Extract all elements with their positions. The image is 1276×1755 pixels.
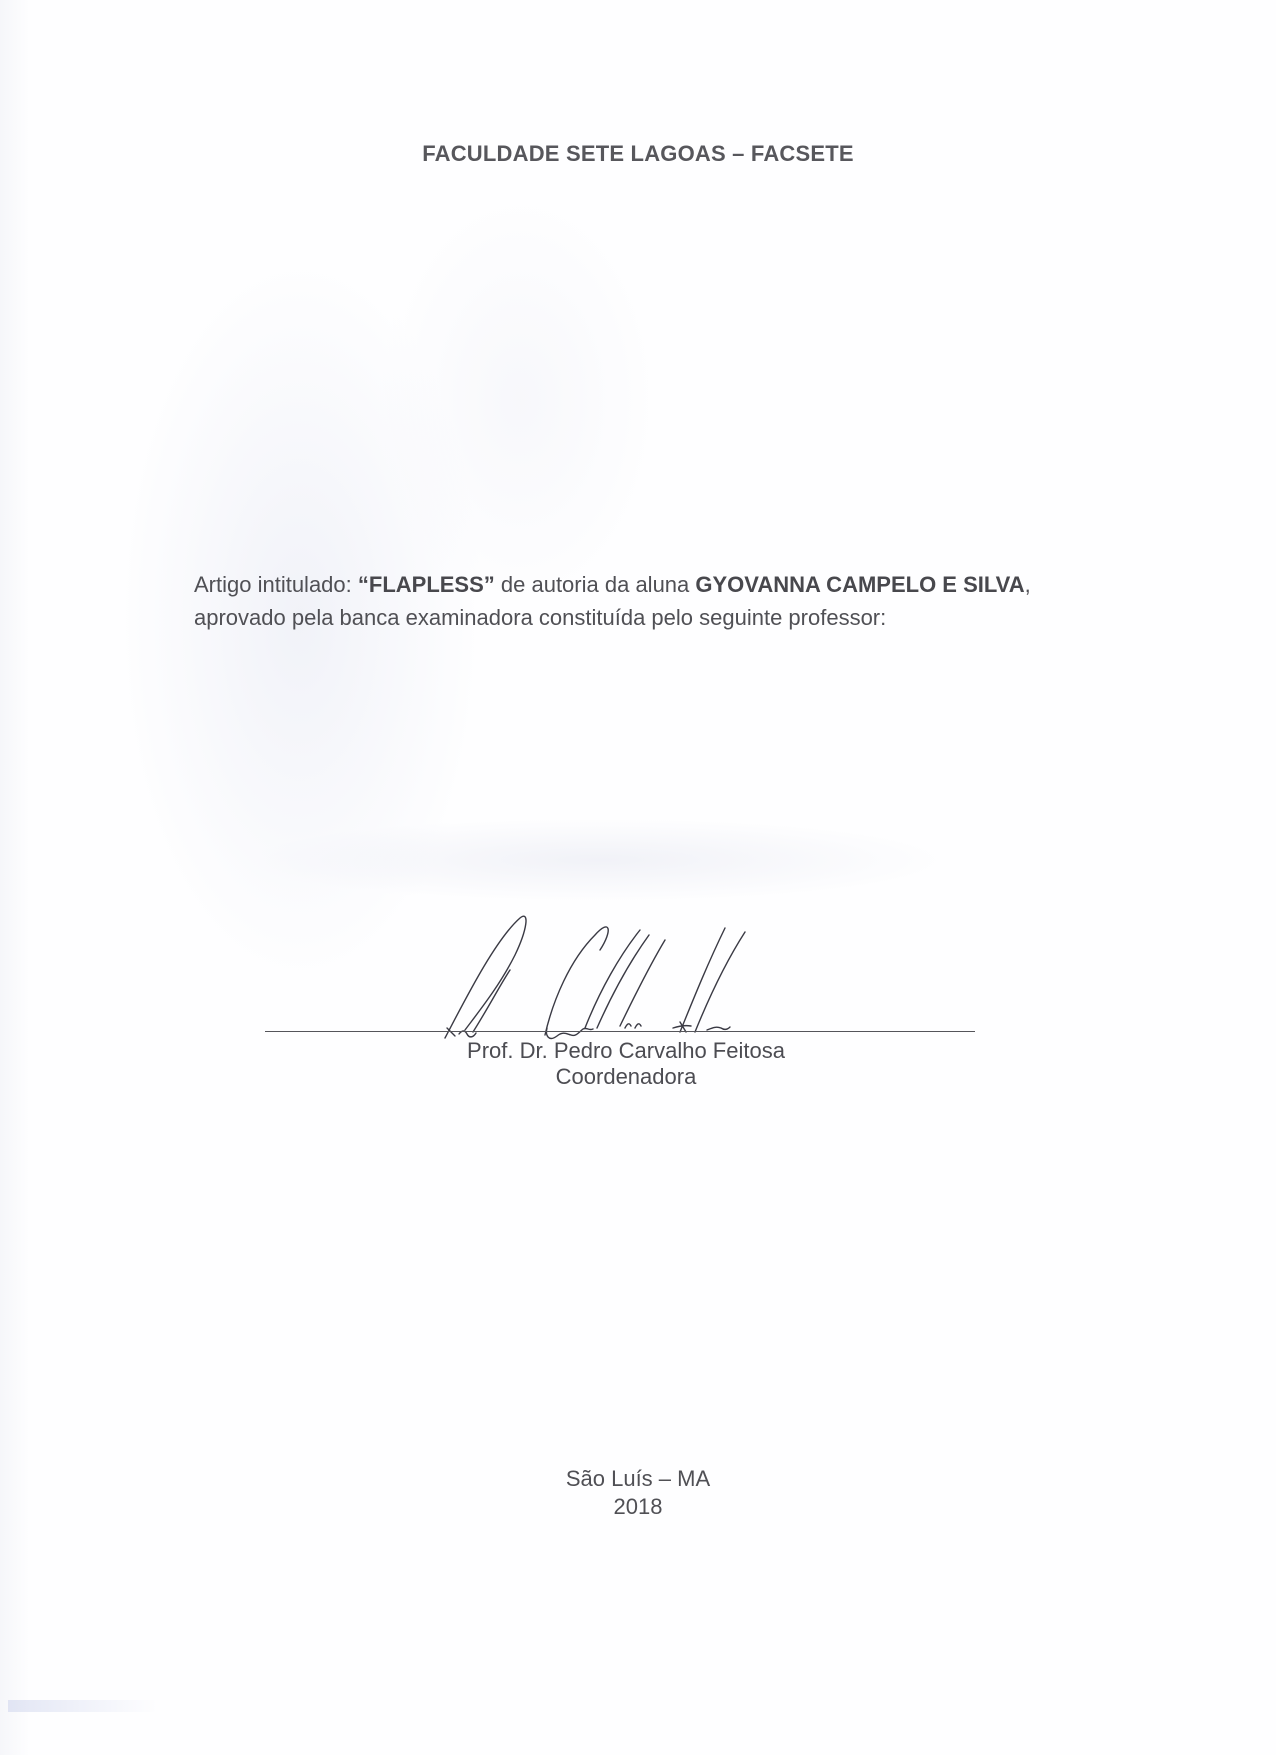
- author-name: GYOVANNA CAMPELO E SILVA: [695, 572, 1024, 597]
- signer-name: Prof. Dr. Pedro Carvalho Feitosa: [265, 1038, 977, 1064]
- approval-paragraph: Artigo intitulado: “FLAPLESS” de autoria…: [194, 568, 1094, 634]
- institution-title: FACULDADE SETE LAGOAS – FACSETE: [0, 141, 1276, 167]
- article-prefix: Artigo intitulado:: [194, 572, 358, 597]
- signer-role: Coordenadora: [265, 1064, 977, 1090]
- scan-artifact: [8, 1700, 158, 1712]
- place-text: São Luís – MA: [0, 1466, 1276, 1492]
- signature-block: Prof. Dr. Pedro Carvalho Feitosa Coorden…: [265, 900, 977, 1100]
- signature-line: [265, 1031, 975, 1032]
- article-middle: de autoria da aluna: [495, 572, 696, 597]
- year-text: 2018: [0, 1494, 1276, 1520]
- article-title: “FLAPLESS”: [358, 572, 495, 597]
